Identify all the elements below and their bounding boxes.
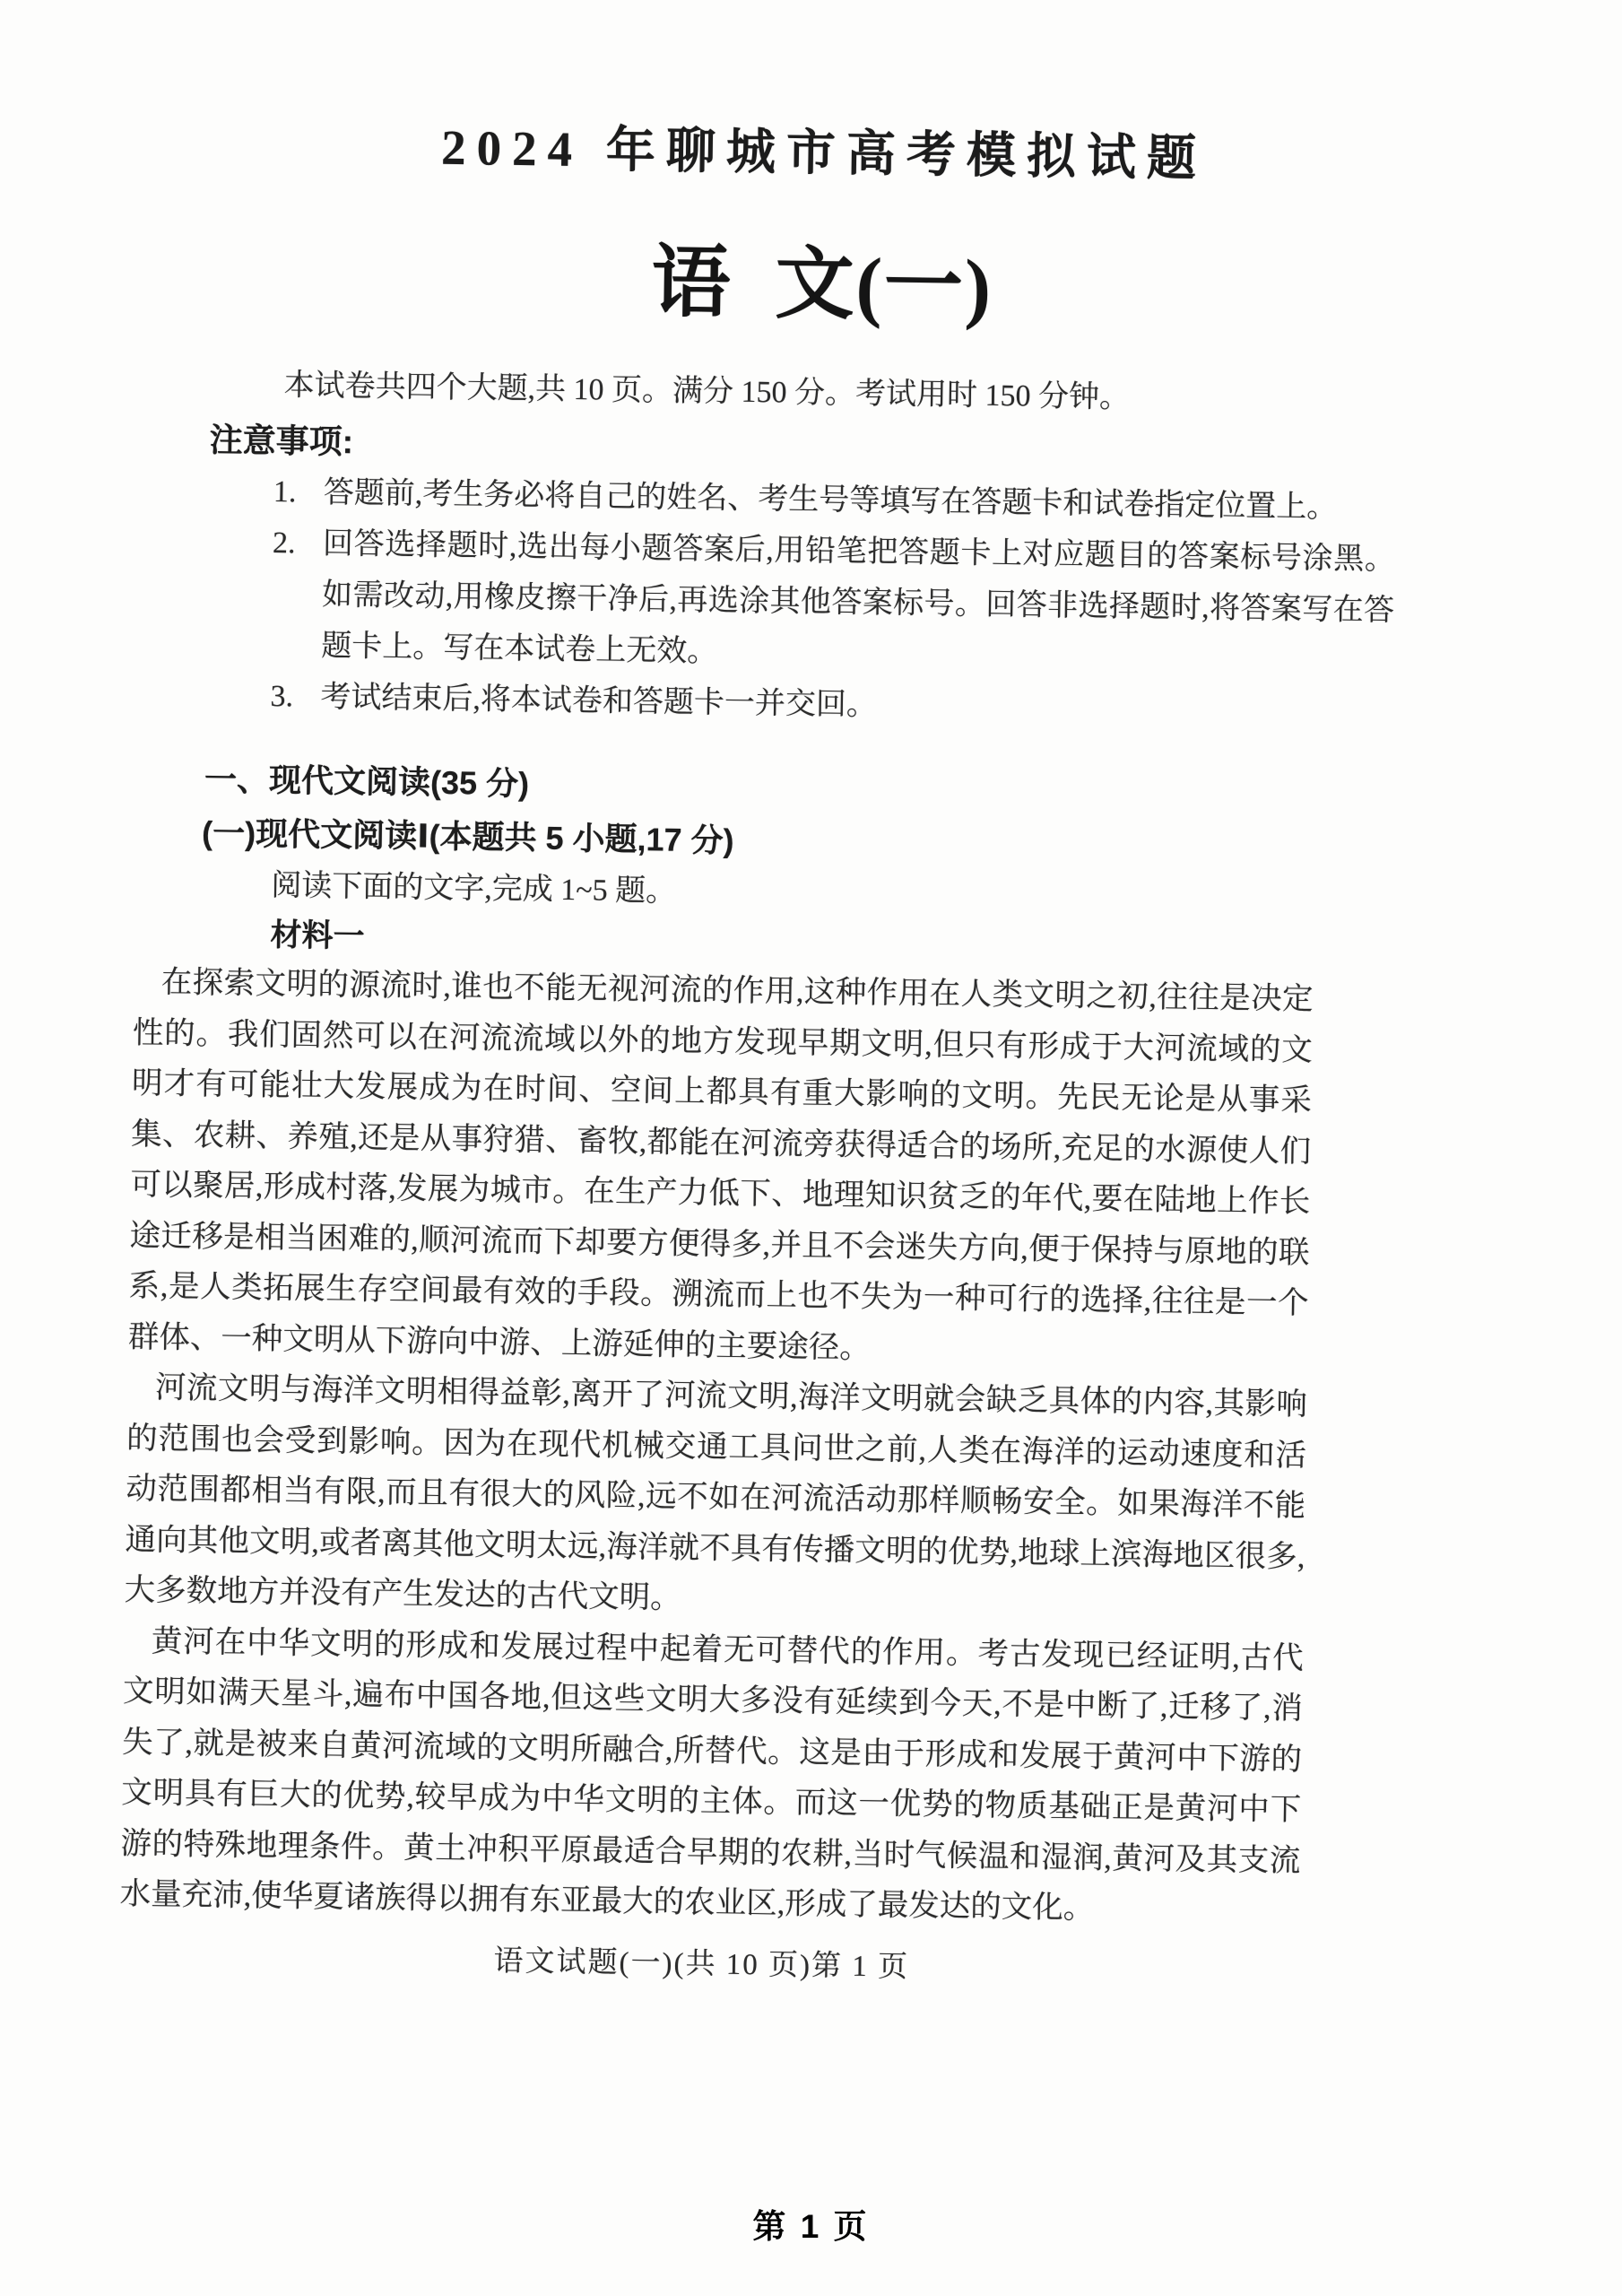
notice-item-text: 回答选择题时,选出每小题答案后,用铅笔把答题卡上对应题目的答案标号涂黑。如需改动…	[321, 518, 1395, 688]
material-body: 在探索文明的源流时,谁也不能无视河流的作用,这种作用在人类文明之初,往往是决定性…	[119, 957, 1314, 1937]
scanned-sheet: 2024 年聊城市高考模拟试题 语 文(一) 本试卷共四个大题,共 10 页。满…	[0, 0, 1622, 1999]
notice-list: 1. 答题前,考生务必将自己的姓名、考生号等填写在答题卡和试卷指定位置上。 2.…	[4, 463, 1622, 743]
viewer-page-indicator: 第 1 页	[0, 2199, 1622, 2248]
material-paragraph: 黄河在中华文明的形成和发展过程中起着无可替代的作用。考古发现已经证明,古代文明如…	[119, 1615, 1304, 1936]
notice-item: 2. 回答选择题时,选出每小题答案后,用铅笔把答题卡上对应题目的答案标号涂黑。如…	[271, 517, 1395, 688]
exam-paper-page: 2024 年聊城市高考模拟试题 语 文(一) 本试卷共四个大题,共 10 页。满…	[0, 0, 1622, 2296]
sheet-footer: 语文试题(一)(共 10 页)第 1 页	[493, 1939, 1609, 1998]
exam-title: 2024 年聊城市高考模拟试题	[13, 101, 1622, 196]
notice-item-number: 3.	[270, 671, 321, 723]
material-paragraph: 河流文明与海洋文明相得益彰,离开了河流文明,海洋文明就会缺乏具体的内容,其影响的…	[124, 1362, 1307, 1633]
material-paragraph: 在探索文明的源流时,谁也不能无视河流的作用,这种作用在人类文明之初,往往是决定性…	[127, 957, 1314, 1379]
notice-item-number: 1.	[273, 466, 324, 518]
subject-title: 语 文(一)	[11, 210, 1622, 347]
notice-item-number: 2.	[271, 517, 324, 672]
